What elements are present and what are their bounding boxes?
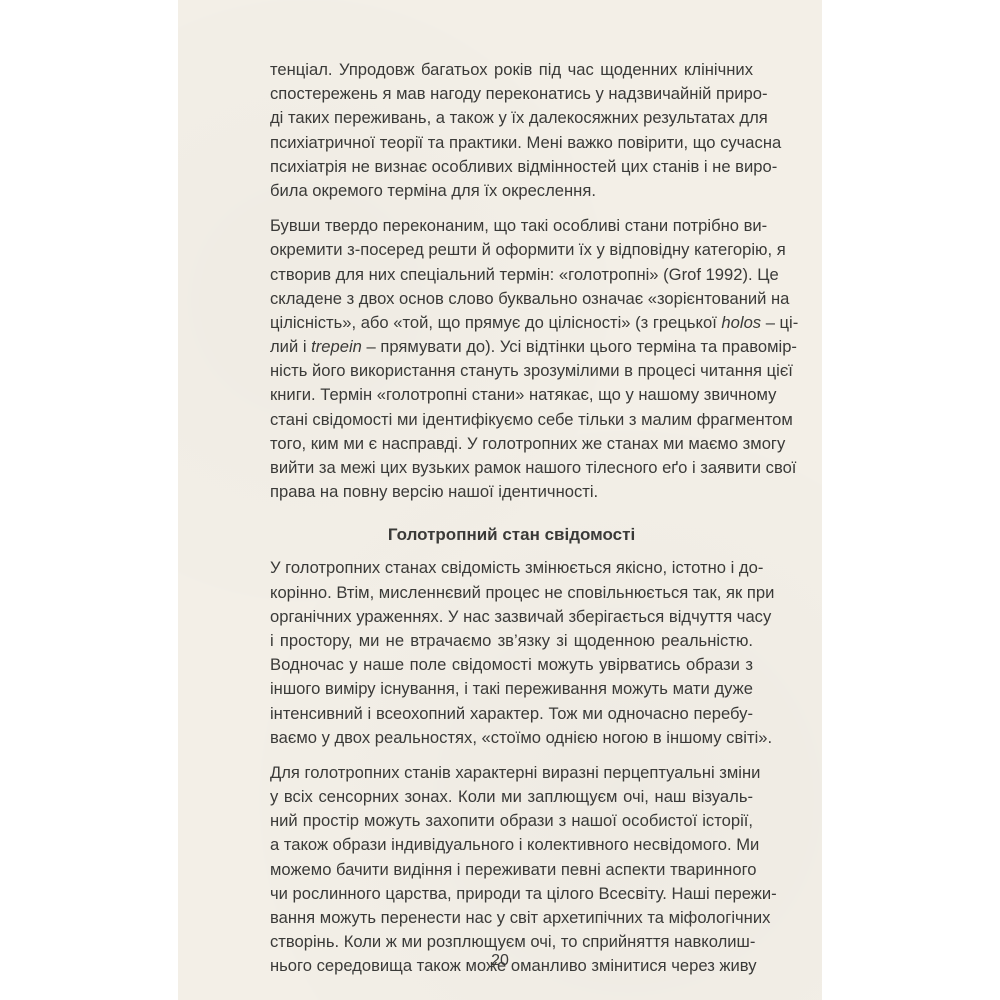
paragraph-1: тенціал. Упродовж багатьох років під час… (270, 58, 753, 203)
text-line-with-italic: лий і trepein – прямувати до). Усі відті… (270, 335, 753, 359)
text-line: тенціал. Упродовж багатьох років під час… (270, 58, 753, 82)
paragraph-4: Для голотропних станів характерні виразн… (270, 761, 753, 979)
text-line: психіатричної теорії та практики. Мені в… (270, 131, 753, 155)
text-line: спостережень я мав нагоду переконатись у… (270, 82, 753, 106)
text-line: Водночас у наше поле свідомості можуть у… (270, 653, 753, 677)
italic-term: holos (721, 313, 761, 332)
text-line: вання можуть перенести нас у світ архети… (270, 906, 753, 930)
text-line: а також образи індивідуального і колекти… (270, 833, 753, 857)
text-line: іншого виміру існування, і такі пережива… (270, 677, 753, 701)
page-number: 20 (178, 952, 822, 970)
text-line: психіатрія не визнає особливих відміннос… (270, 155, 753, 179)
page-text: тенціал. Упродовж багатьох років під час… (270, 58, 753, 990)
section-heading: Голотропний стан свідомості (270, 522, 753, 548)
text-line: книги. Термін «голотропні стани» натякає… (270, 383, 753, 407)
text-line: складене з двох основ слово буквально оз… (270, 287, 753, 311)
text-line-with-italic: цілісність», або «той, що прямує до цілі… (270, 311, 753, 335)
text-line: у всіх сенсорних зонах. Коли ми заплющує… (270, 785, 753, 809)
text-line: ний простір можуть захопити образи з наш… (270, 809, 753, 833)
text-line: ність його використання стануть зрозуміл… (270, 359, 753, 383)
text-line: Бувши твердо переконаним, що такі особли… (270, 214, 753, 238)
text-line: і простору, ми не втрачаємо зв’язку зі щ… (270, 629, 753, 653)
italic-term: trepein (311, 337, 362, 356)
text-line: інтенсивний і всеохопний характер. Тож м… (270, 702, 753, 726)
paragraph-2: Бувши твердо переконаним, що такі особли… (270, 214, 753, 504)
text-line: чи рослинного царства, природи та цілого… (270, 882, 753, 906)
text-line: стані свідомості ми ідентифікуємо себе т… (270, 408, 753, 432)
text-line: окремити з-посеред решти й оформити їх у… (270, 238, 753, 262)
text-line: ваємо у двох реальностях, «стоїмо однією… (270, 726, 753, 750)
paragraph-3: У голотропних станах свідомість змінюєть… (270, 556, 753, 750)
text-line: права на повну версію нашої ідентичності… (270, 480, 753, 504)
text-line: створінь. Коли ж ми розплющуєм очі, то с… (270, 930, 753, 954)
book-page: тенціал. Упродовж багатьох років під час… (178, 0, 822, 1000)
text-line: ді таких переживань, а також у їх далеко… (270, 106, 753, 130)
text-line: створив для них спеціальний термін: «гол… (270, 263, 753, 287)
text-line: можемо бачити видіння і переживати певні… (270, 858, 753, 882)
text-line: вийти за межі цих вузьких рамок нашого т… (270, 456, 753, 480)
text-line: У голотропних станах свідомість змінюєть… (270, 556, 753, 580)
text-line: била окремого терміна для їх окреслення. (270, 179, 753, 203)
text-line: корінно. Втім, мисленнєвий процес не спо… (270, 581, 753, 605)
text-line: органічних ураженнях. У нас зазвичай збе… (270, 605, 753, 629)
text-line: того, ким ми є насправді. У голотропних … (270, 432, 753, 456)
text-line: Для голотропних станів характерні виразн… (270, 761, 753, 785)
